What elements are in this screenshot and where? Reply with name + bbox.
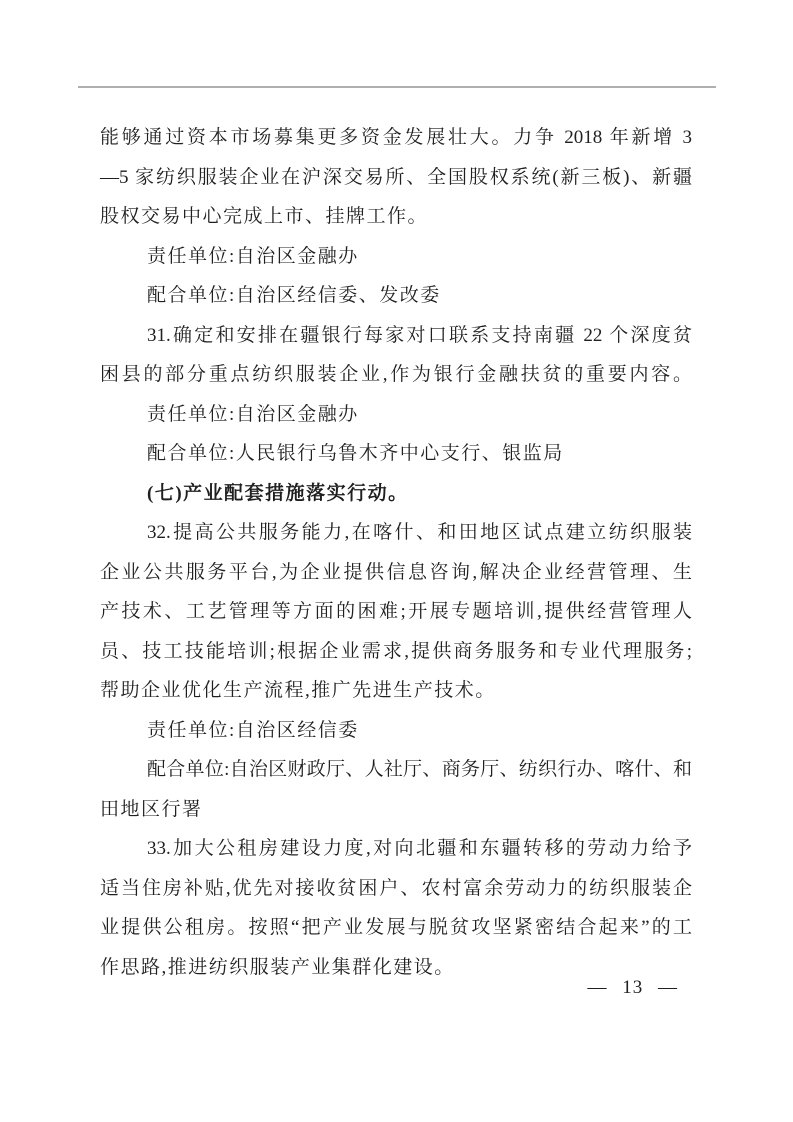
section-heading-line: (七)产业配套措施落实行动。 xyxy=(100,474,692,514)
text-line: 产技术、工艺管理等方面的困难;开展专题培训,提供经营管理人 xyxy=(100,592,692,632)
text-line: 能够通过资本市场募集更多资金发展壮大。力争 2018 年新增 3 xyxy=(100,118,692,158)
text-line: 适当住房补贴,优先对接收贫困户、农村富余劳动力的纺织服装企 xyxy=(100,869,692,909)
header-rule xyxy=(78,86,716,88)
text-line: 配合单位:自治区财政厅、人社厅、商务厅、纺织行办、喀什、和 xyxy=(100,750,692,790)
page-footer: — 13 — xyxy=(100,975,678,1001)
text-line: 33.加大公租房建设力度,对向北疆和东疆转移的劳动力给予 xyxy=(100,829,692,869)
text-line: —5 家纺织服装企业在沪深交易所、全国股权系统(新三板)、新疆 xyxy=(100,158,692,198)
text-line: 帮助企业优化生产流程,推广先进生产技术。 xyxy=(100,671,692,711)
text-line: 责任单位:自治区经信委 xyxy=(100,711,692,751)
text-line: 配合单位:自治区经信委、发改委 xyxy=(100,276,692,316)
document-page: 能够通过资本市场募集更多资金发展壮大。力争 2018 年新增 3—5 家纺织服装… xyxy=(0,0,793,1122)
text-line: 配合单位:人民银行乌鲁木齐中心支行、银监局 xyxy=(100,434,692,474)
text-line: 责任单位:自治区金融办 xyxy=(100,395,692,435)
text-line: 困县的部分重点纺织服装企业,作为银行金融扶贫的重要内容。 xyxy=(100,355,692,395)
text-line: 田地区行署 xyxy=(100,790,692,830)
document-body: 能够通过资本市场募集更多资金发展壮大。力争 2018 年新增 3—5 家纺织服装… xyxy=(100,118,692,987)
text-line: 32.提高公共服务能力,在喀什、和田地区试点建立纺织服装 xyxy=(100,513,692,553)
text-line: 业提供公租房。按照“把产业发展与脱贫攻坚紧密结合起来”的工 xyxy=(100,908,692,948)
text-line: 31.确定和安排在疆银行每家对口联系支持南疆 22 个深度贫 xyxy=(100,316,692,356)
page-number: — 13 — xyxy=(588,977,679,998)
text-line: 责任单位:自治区金融办 xyxy=(100,237,692,277)
text-line: 股权交易中心完成上市、挂牌工作。 xyxy=(100,197,692,237)
text-line: 员、技工技能培训;根据企业需求,提供商务服务和专业代理服务; xyxy=(100,632,692,672)
text-line: 企业公共服务平台,为企业提供信息咨询,解决企业经营管理、生 xyxy=(100,553,692,593)
